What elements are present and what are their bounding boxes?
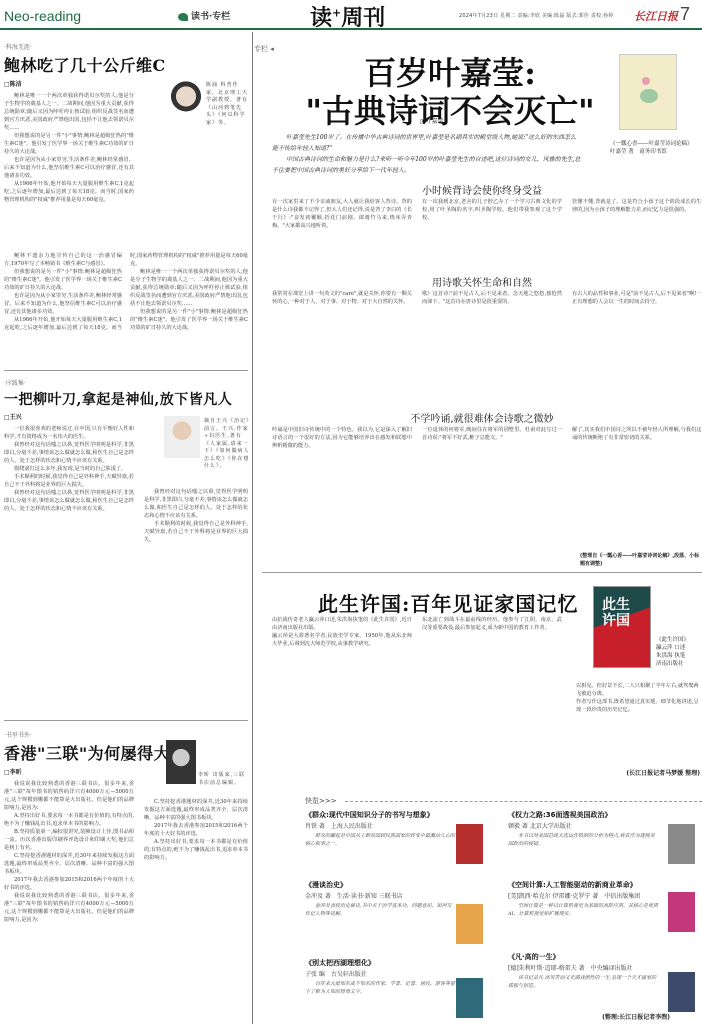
section2-credit: (长江日报记者马梦媛 整理) [570, 768, 700, 777]
book-cover-yipiao [619, 54, 677, 130]
article-kicker: ·书里书外· [4, 730, 248, 739]
book-thumb [668, 972, 695, 1012]
book-thumb [456, 904, 483, 944]
article-sanlian: ·书里书外· 香港"三联"为何屡得大奖 □李昕 我说说我比较熟悉的香港三联书店。… [4, 730, 248, 924]
quickview-rule [345, 801, 702, 802]
book-item[interactable]: 《凡·高的一生》[德]朱利叶斯·迈耶-格雷夫 著 中央编译出版社该书记录凡·高穷… [508, 952, 693, 990]
author-photo-li [166, 740, 196, 784]
column-divider [252, 32, 253, 1024]
section2-body: 由抗战传奇老人瀛云萍口述,朱洪海执笔的《此生许国》,近日由济南出版社出版。瀛云萍… [272, 616, 562, 648]
feature-section-1: 有一次家里来了不少亲戚朋友,大人就让我给客人背诗。背的是什么诗我都不记得了,但大… [272, 198, 702, 230]
author-bio: 陈涌 科普作家，北京理工大学副教授，著有《山河到笔先头》《何以科学家》等。 [206, 82, 250, 127]
book-caption: 《此生许国》瀛云萍 口述朱洪海 执笔济南出版社 [656, 636, 689, 668]
subhead-1: 小时候背诗会使你终身受益 [262, 182, 702, 197]
article-kicker: ·科海无涯· [4, 42, 248, 51]
section-divider [262, 572, 702, 573]
section2-title: 此生许国:百年见证家国记忆 [318, 588, 578, 617]
page-title: 读+周刊 [310, 1, 385, 32]
book-thumb [668, 824, 695, 864]
book-item[interactable]: 《空间计算:人工智能驱动的新商业革命》[美]凯西·哈克尔 伊雷娜·克罗宁 著 中… [508, 880, 693, 918]
author-bio: 摘自王兴《治记》前言。王兴,作家+妇医生,著有《人家属,请来一下》《如何做病人怎… [204, 418, 250, 471]
book-cover-cishengxuguo: 此生许国 [593, 586, 651, 668]
brand-name: Neo-reading [4, 8, 81, 24]
feature-title-line2: "古典诗词不会灭亡" [290, 92, 610, 130]
book-thumb [668, 892, 695, 932]
author-bio: 李昕 出版家,三联书店前总编辑。 [198, 772, 250, 787]
feature-section-2: 我常常在课堂上讲一句英文的"care",就是关怀,你要有一颗关怀的心,一种对于人… [272, 290, 702, 306]
feature-title-line1: 百岁叶嘉莹: [290, 54, 610, 92]
issue-meta: 2024年7月23日 星期二 责编:李欣 美编:陈磊 版式:郭佳 责校:孙婷 [459, 12, 614, 19]
article-headline: 鲍林吃了几十公斤维C [4, 53, 248, 76]
article-headline: 香港"三联"为何屡得大奖 [4, 741, 248, 764]
column-label: 专栏 ◂ [254, 44, 274, 54]
feature-source: (整理自《一瓢心香——叶嘉莹诗词论稿》,段落、小标题有调整) [580, 552, 700, 568]
newspaper-logo: 长江日报 [634, 8, 678, 24]
quickview-label: 快览>>> [305, 796, 337, 806]
subhead-2: 用诗歌关怀生命和自然 [262, 274, 702, 289]
feature-author: □叶嘉莹 [420, 116, 444, 125]
article-divider [4, 370, 248, 371]
quickview-credit: (整理:长江日报记者李煦) [540, 1012, 670, 1021]
feature-lede: 叶嘉莹先生100岁了。在传播中华古典诗词的世界里,叶嘉莹是名副其实的殿堂级人物,… [272, 132, 582, 176]
author-photo-chen [168, 78, 204, 124]
book-item[interactable]: 《权力之路:36面透视美国政治》顿毅 著 北京大学出版社本书以对美国总统大选运作… [508, 810, 693, 848]
book-thumb [456, 978, 483, 1018]
book-caption: 《一瓢心香——叶嘉莹诗词论稿》叶嘉莹 著 商务印书馆 [610, 140, 693, 156]
quill-icon [178, 13, 188, 21]
book-thumb [456, 824, 483, 864]
subhead-3: 不学吟诵,就很难体会诗歌之微妙 [262, 410, 702, 425]
section2-body-right: 以相见。但好景不长,二人只相聚了半年左右,就驾鸯两飞被迫分离。作者写作这部书,既… [576, 682, 700, 714]
article-kicker: ·序跋集· [4, 378, 248, 387]
article-headline: 一把柳叶刀,拿起是神仙,放下皆凡人 [4, 389, 248, 409]
page-number: 7 [680, 4, 690, 25]
feature-section-3: 吟诵是中国旧诗传统中的一个特色。我以为,它是深入了解旧诗语言的一个很好的方法,因… [272, 426, 702, 450]
article-divider [4, 720, 248, 721]
masthead: Neo-reading 读书·专栏 读+周刊 2024年7月23日 星期二 责编… [0, 0, 702, 30]
author-photo-wang [164, 416, 200, 458]
section-label: 读书·专栏 [178, 9, 230, 22]
